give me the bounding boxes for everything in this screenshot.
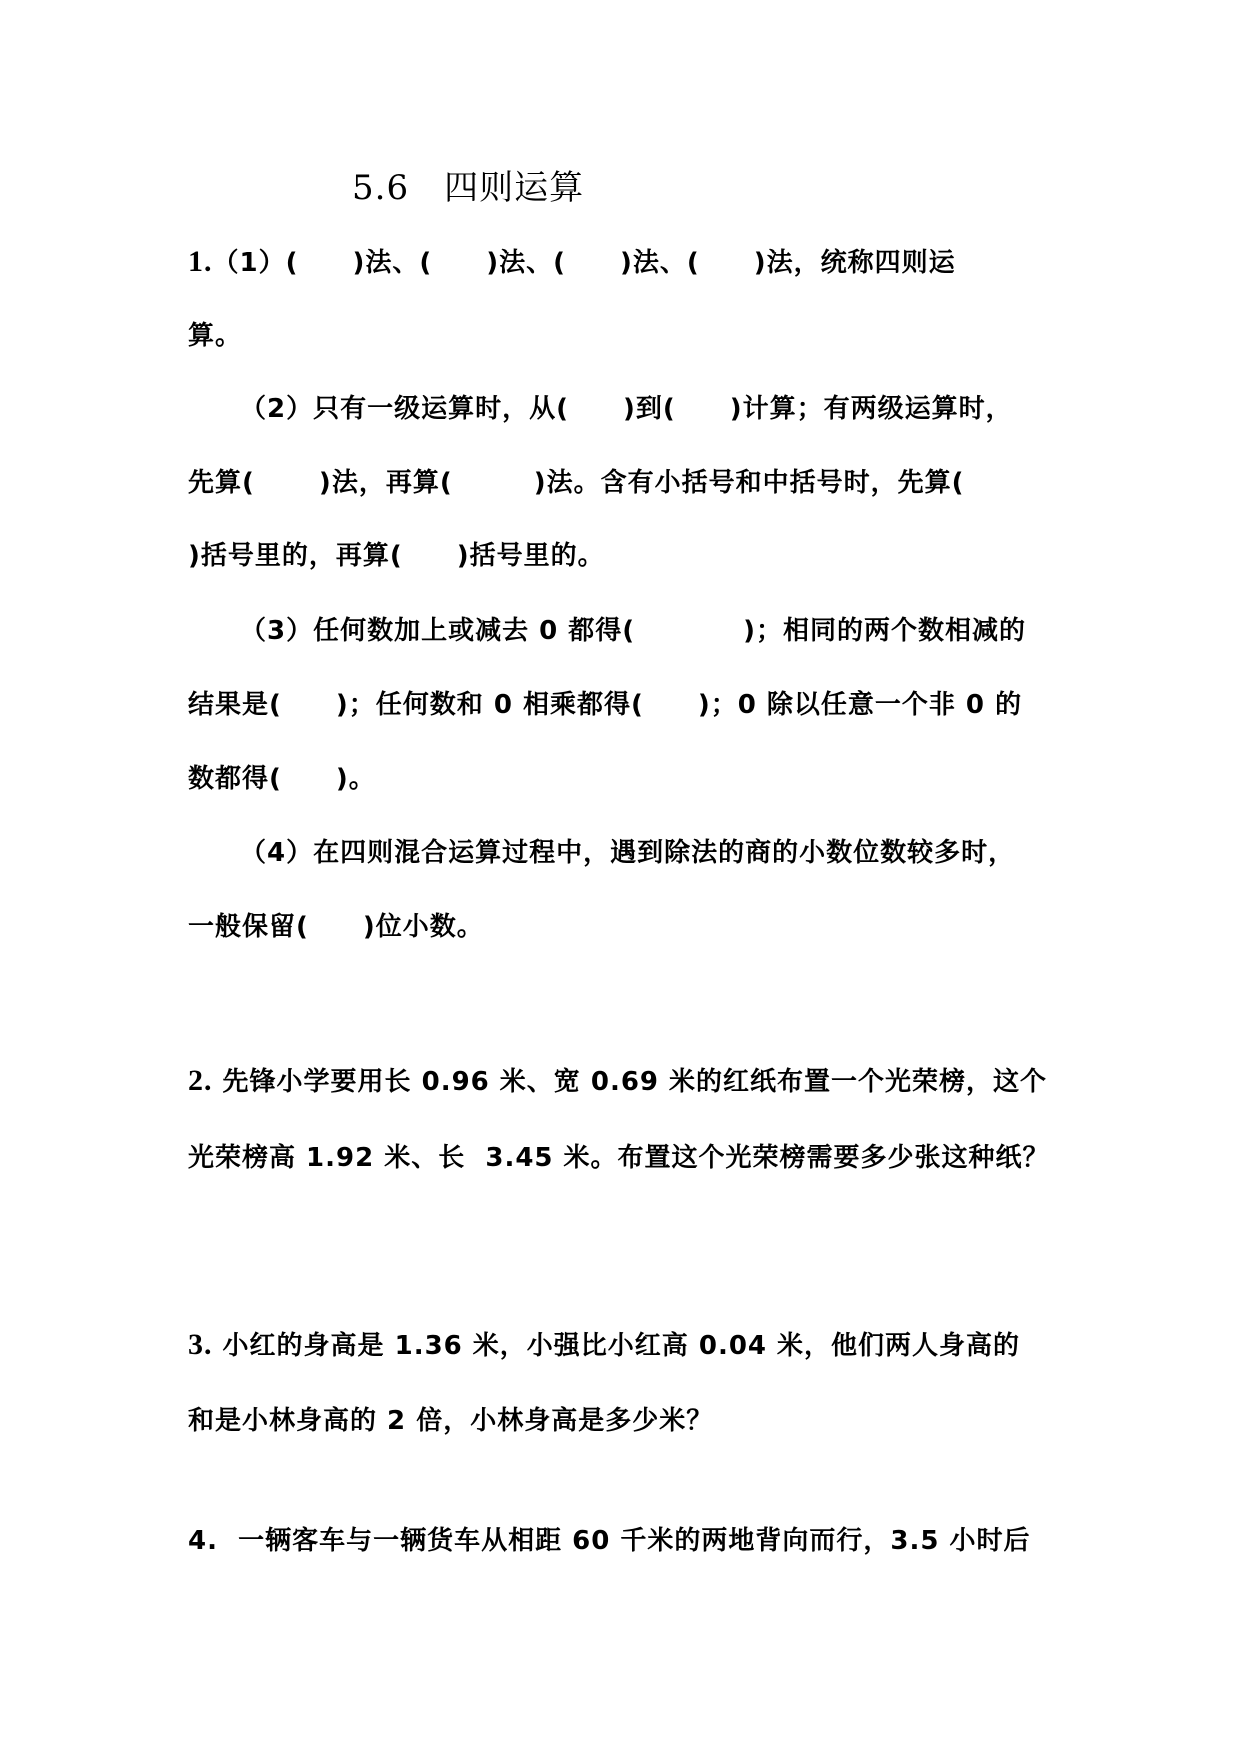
question-3-line-2: 和是小林身高的 2 倍，小林身高是多少米？ — [188, 1400, 713, 1437]
question-2-line-2: 光荣榜高 1.92 米、长 3.45 米。布置这个光荣榜需要多少张这种纸？ — [188, 1137, 1050, 1174]
question-1-part-1-line-1: 1.（1）( )法、( )法、( )法、( )法，统称四则运 — [188, 242, 956, 279]
question-1-part-2-line-1: （2）只有一级运算时，从( )到( )计算；有两级运算时， — [240, 388, 1013, 425]
question-number: 1. — [188, 245, 213, 278]
question-4-line-1: 4. 一辆客车与一辆货车从相距 60 千米的两地背向而行，3.5 小时后 — [188, 1520, 1030, 1557]
question-1-part-2-line-3: )括号里的，再算( )括号里的。 — [188, 535, 605, 572]
question-2-line-1: 2. 先锋小学要用长 0.96 米、宽 0.69 米的红纸布置一个光荣榜，这个 — [188, 1061, 1047, 1098]
question-number: 2. — [188, 1064, 213, 1097]
page-title: 5.6 四则运算 — [352, 160, 584, 209]
worksheet-page: 5.6 四则运算 1.（1）( )法、( )法、( )法、( )法，统称四则运 … — [0, 0, 1241, 1754]
question-1-part-1-line-2: 算。 — [188, 315, 242, 352]
question-1-part-4-line-1: （4）在四则混合运算过程中，遇到除法的商的小数位数较多时， — [240, 832, 1015, 869]
question-number: 3. — [188, 1328, 213, 1361]
question-1-part-2-line-2: 先算( )法，再算( )法。含有小括号和中括号时，先算( — [188, 462, 964, 499]
question-1-part-4-line-2: 一般保留( )位小数。 — [188, 906, 484, 943]
question-3-line-1: 3. 小红的身高是 1.36 米，小强比小红高 0.04 米，他们两人身高的 — [188, 1325, 1020, 1362]
question-1-part-3-line-1: （3）任何数加上或减去 0 都得( )；相同的两个数相减的 — [240, 610, 1026, 647]
question-1-part-3-line-3: 数都得( )。 — [188, 758, 376, 795]
question-number: 4. — [188, 1526, 218, 1556]
question-1-part-3-line-2: 结果是( )；任何数和 0 相乘都得( )；0 除以任意一个非 0 的 — [188, 684, 1022, 721]
